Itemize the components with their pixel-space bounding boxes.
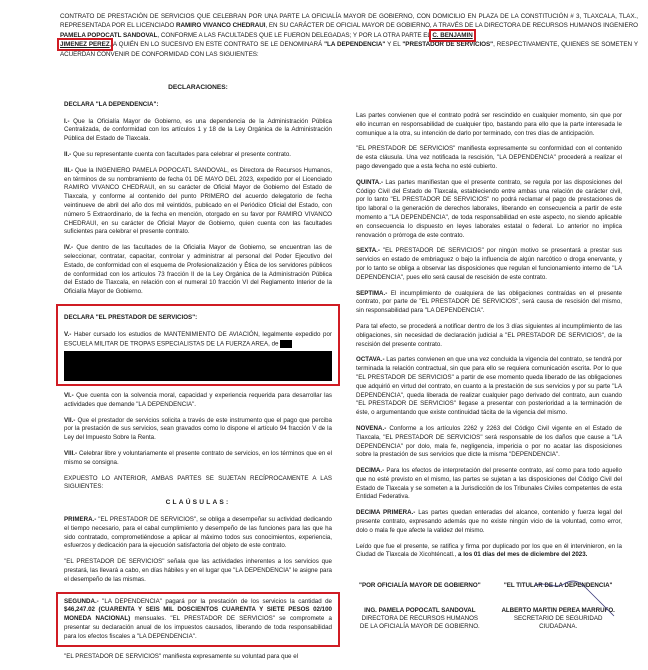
clausula-decima: DECIMA.- Para los efectos de interpretac… <box>356 467 622 502</box>
clause-label: NOVENA.- <box>356 425 386 432</box>
signatory-title: SECRETARIO DE SEGURIDAD <box>494 615 622 623</box>
declaracion-viii: VIII.- Celebrar libre y voluntariamente … <box>64 450 332 468</box>
clausula-primera: PRIMERA.- "EL PRESTADOR DE SERVICIOS", s… <box>64 516 332 551</box>
clausula-quinta: QUINTA.- Las partes manifiestan que el p… <box>356 179 622 241</box>
clausula-segunda-p2: "EL PRESTADOR DE SERVICIOS" manifiesta e… <box>64 653 332 662</box>
clausula-novena: NOVENA.- Conforme a los artículos 2262 y… <box>356 425 622 460</box>
leido-paragraph: Leído que fue el presente, se ratifica y… <box>356 543 622 561</box>
provider-name-highlight-2: JIMENEZ PEREZ <box>60 41 110 48</box>
clause-label: SEGUNDA.- <box>64 598 99 605</box>
declara-dependencia-heading: DECLARA "LA DEPENDENCIA": <box>64 101 332 110</box>
signatory-title: CIUDADANA. <box>494 623 622 631</box>
clausula-sexta: SEXTA.- "EL PRESTADOR DE SERVICIOS" por … <box>356 247 622 282</box>
intro-text: Y EL <box>385 41 402 48</box>
clause-text: El incumplimiento de cualquiera de las o… <box>356 290 622 315</box>
clause-label: OCTAVA.- <box>356 356 385 363</box>
clause-text: Conforme a los artículos 2262 y 2263 del… <box>356 425 622 458</box>
clause-text: Que la Oficialía Mayor de Gobierno, es u… <box>64 118 332 143</box>
declaracion-v: V.- Haber cursado los estudios de MANTEN… <box>64 331 332 381</box>
contract-intro: CONTRATO DE PRESTACIÓN DE SERVICIOS QUE … <box>60 12 638 59</box>
clause-label: DECIMA PRIMERA.- <box>356 509 415 516</box>
clause-text: Que el prestador de servicios solicita a… <box>64 417 332 442</box>
clause-text: Para los efectos de interpretación del p… <box>356 467 622 500</box>
clausulas-heading: CLAÚSULAS: <box>64 499 332 508</box>
declaracion-iii: III.- Que la INGENIERO PAMELA POPOCATL S… <box>64 167 332 237</box>
rescision-paragraph: Las partes convienen que el contrato pod… <box>356 112 622 138</box>
signature-row: "POR OFICIALÍA MAYOR DE GOBIERNO" ING. P… <box>356 582 622 632</box>
intro-text: , EN SU CARÁCTER DE OFICIAL MAYOR DE GOB… <box>265 22 638 29</box>
clause-label: IV.- <box>64 244 73 251</box>
clause-label: DECIMA.- <box>356 467 384 474</box>
clause-label: III.- <box>64 167 73 174</box>
clause-text: Que su representante cuenta con facultad… <box>71 151 291 158</box>
clause-text: Que la INGENIERO PAMELA POPOCATL SANDOVA… <box>64 167 332 236</box>
clause-label: VI.- <box>64 392 74 399</box>
clause-text: Las partes manifiestan que el presente c… <box>356 179 622 239</box>
clause-text: "EL PRESTADOR DE SERVICIOS", se obliga a… <box>64 516 332 549</box>
contract-page: CONTRATO DE PRESTACIÓN DE SERVICIOS QUE … <box>0 0 648 670</box>
prestador-term: "PRESTADOR DE SERVICIOS" <box>402 41 493 48</box>
declaracion-i: I.- Que la Oficialía Mayor de Gobierno, … <box>64 118 332 144</box>
clausula-decima-primera: DECIMA PRIMERA.- Las partes quedan enter… <box>356 509 622 535</box>
clause-text: Que dentro de las facultades de la Ofici… <box>64 244 332 295</box>
segunda-payment-highlight-box: SEGUNDA.- "LA DEPENDENCIA" pagará por la… <box>56 592 340 647</box>
clause-label: VIII.- <box>64 450 77 457</box>
signature-role: "POR OFICIALÍA MAYOR DE GOBIERNO" <box>356 582 484 590</box>
clausula-septima-p2: Para tal efecto, se procederá a notifica… <box>356 323 622 349</box>
conformidad-paragraph: "EL PRESTADOR DE SERVICIOS" manifiesta e… <box>356 145 622 171</box>
declaracion-vi: VI.- Que cuenta con la solvencia moral, … <box>64 392 332 410</box>
signature-role: "EL TITULAR DE LA DEPENDENCIA" <box>494 582 622 590</box>
clause-label: SEXTA.- <box>356 247 380 254</box>
declaracion-vii: VII.- Que el prestador de servicios soli… <box>64 417 332 443</box>
signatory-title: DE LA OFICIALÍA MAYOR DE GOBIERNO. <box>356 623 484 631</box>
director-name: PAMELA POPOCATL SANDOVAL <box>60 32 157 39</box>
prestador-declaration-highlight-box: DECLARA "EL PRESTADOR DE SERVICIOS": V.-… <box>56 304 340 386</box>
clause-text: "EL PRESTADOR DE SERVICIOS" por ningún m… <box>356 247 622 280</box>
dependencia-term: "LA DEPENDENCIA" <box>324 41 385 48</box>
expuesto-paragraph: EXPUESTO LO ANTERIOR, AMBAS PARTES SE SU… <box>64 475 332 493</box>
clause-text: Celebrar libre y voluntariamente el pres… <box>64 450 332 466</box>
clause-text: Que cuenta con la solvencia moral, capac… <box>64 392 332 408</box>
declaraciones-heading: DECLARACIONES: <box>64 84 332 93</box>
signature-block-titular: "EL TITULAR DE LA DEPENDENCIA" ALBERTO M… <box>494 582 622 632</box>
clause-text: Las partes convienen en que una vez conc… <box>356 356 622 416</box>
declara-prestador-heading: DECLARA "EL PRESTADOR DE SERVICIOS": <box>64 314 332 323</box>
declaracion-iv: IV.- Que dentro de las facultades de la … <box>64 244 332 297</box>
representative-name: RAMIRO VIVANCO CHEDRAUI <box>176 22 265 29</box>
clause-label: PRIMERA.- <box>64 516 96 523</box>
clause-label: QUINTA.- <box>356 179 383 186</box>
signatory-name: ALBERTO MARTIN PEREA MARRUFO. <box>494 607 622 615</box>
left-column: DECLARACIONES: DECLARA "LA DEPENDENCIA":… <box>64 80 332 668</box>
clausula-primera-p2: "EL PRESTADOR DE SERVICIOS" señala que l… <box>64 558 332 584</box>
clausula-segunda: SEGUNDA.- "LA DEPENDENCIA" pagará por la… <box>64 598 332 642</box>
intro-text: , A QUIÉN EN LO SUCESIVO EN ESTE CONTRAT… <box>110 41 324 48</box>
redaction-inline <box>280 340 292 348</box>
signing-date: a los 01 días del mes de diciembre del 2… <box>458 551 587 558</box>
signatory-name: ING. PAMELA POPOCATL SANDOVAL <box>356 607 484 615</box>
declaracion-ii: II.- Que su representante cuenta con fac… <box>64 151 332 160</box>
right-column: Las partes convienen que el contrato pod… <box>356 112 622 632</box>
clausula-octava: OCTAVA.- Las partes convienen en que una… <box>356 356 622 418</box>
redaction-block <box>64 351 332 381</box>
clause-label: VII.- <box>64 417 75 424</box>
intro-text: , CONFORME A LAS FACULTADES QUE LE FUERO… <box>157 32 432 39</box>
clause-text: "LA DEPENDENCIA" pagará por la prestació… <box>99 598 332 605</box>
clausula-septima: SEPTIMA.- El incumplimiento de cualquier… <box>356 290 622 316</box>
signatory-title: DIRECTORA DE RECURSOS HUMANOS <box>356 615 484 623</box>
signature-block-oficialia: "POR OFICIALÍA MAYOR DE GOBIERNO" ING. P… <box>356 582 484 632</box>
clause-label: SEPTIMA.- <box>356 290 387 297</box>
provider-name-highlight-1: C. BENJAMIN <box>432 32 472 39</box>
